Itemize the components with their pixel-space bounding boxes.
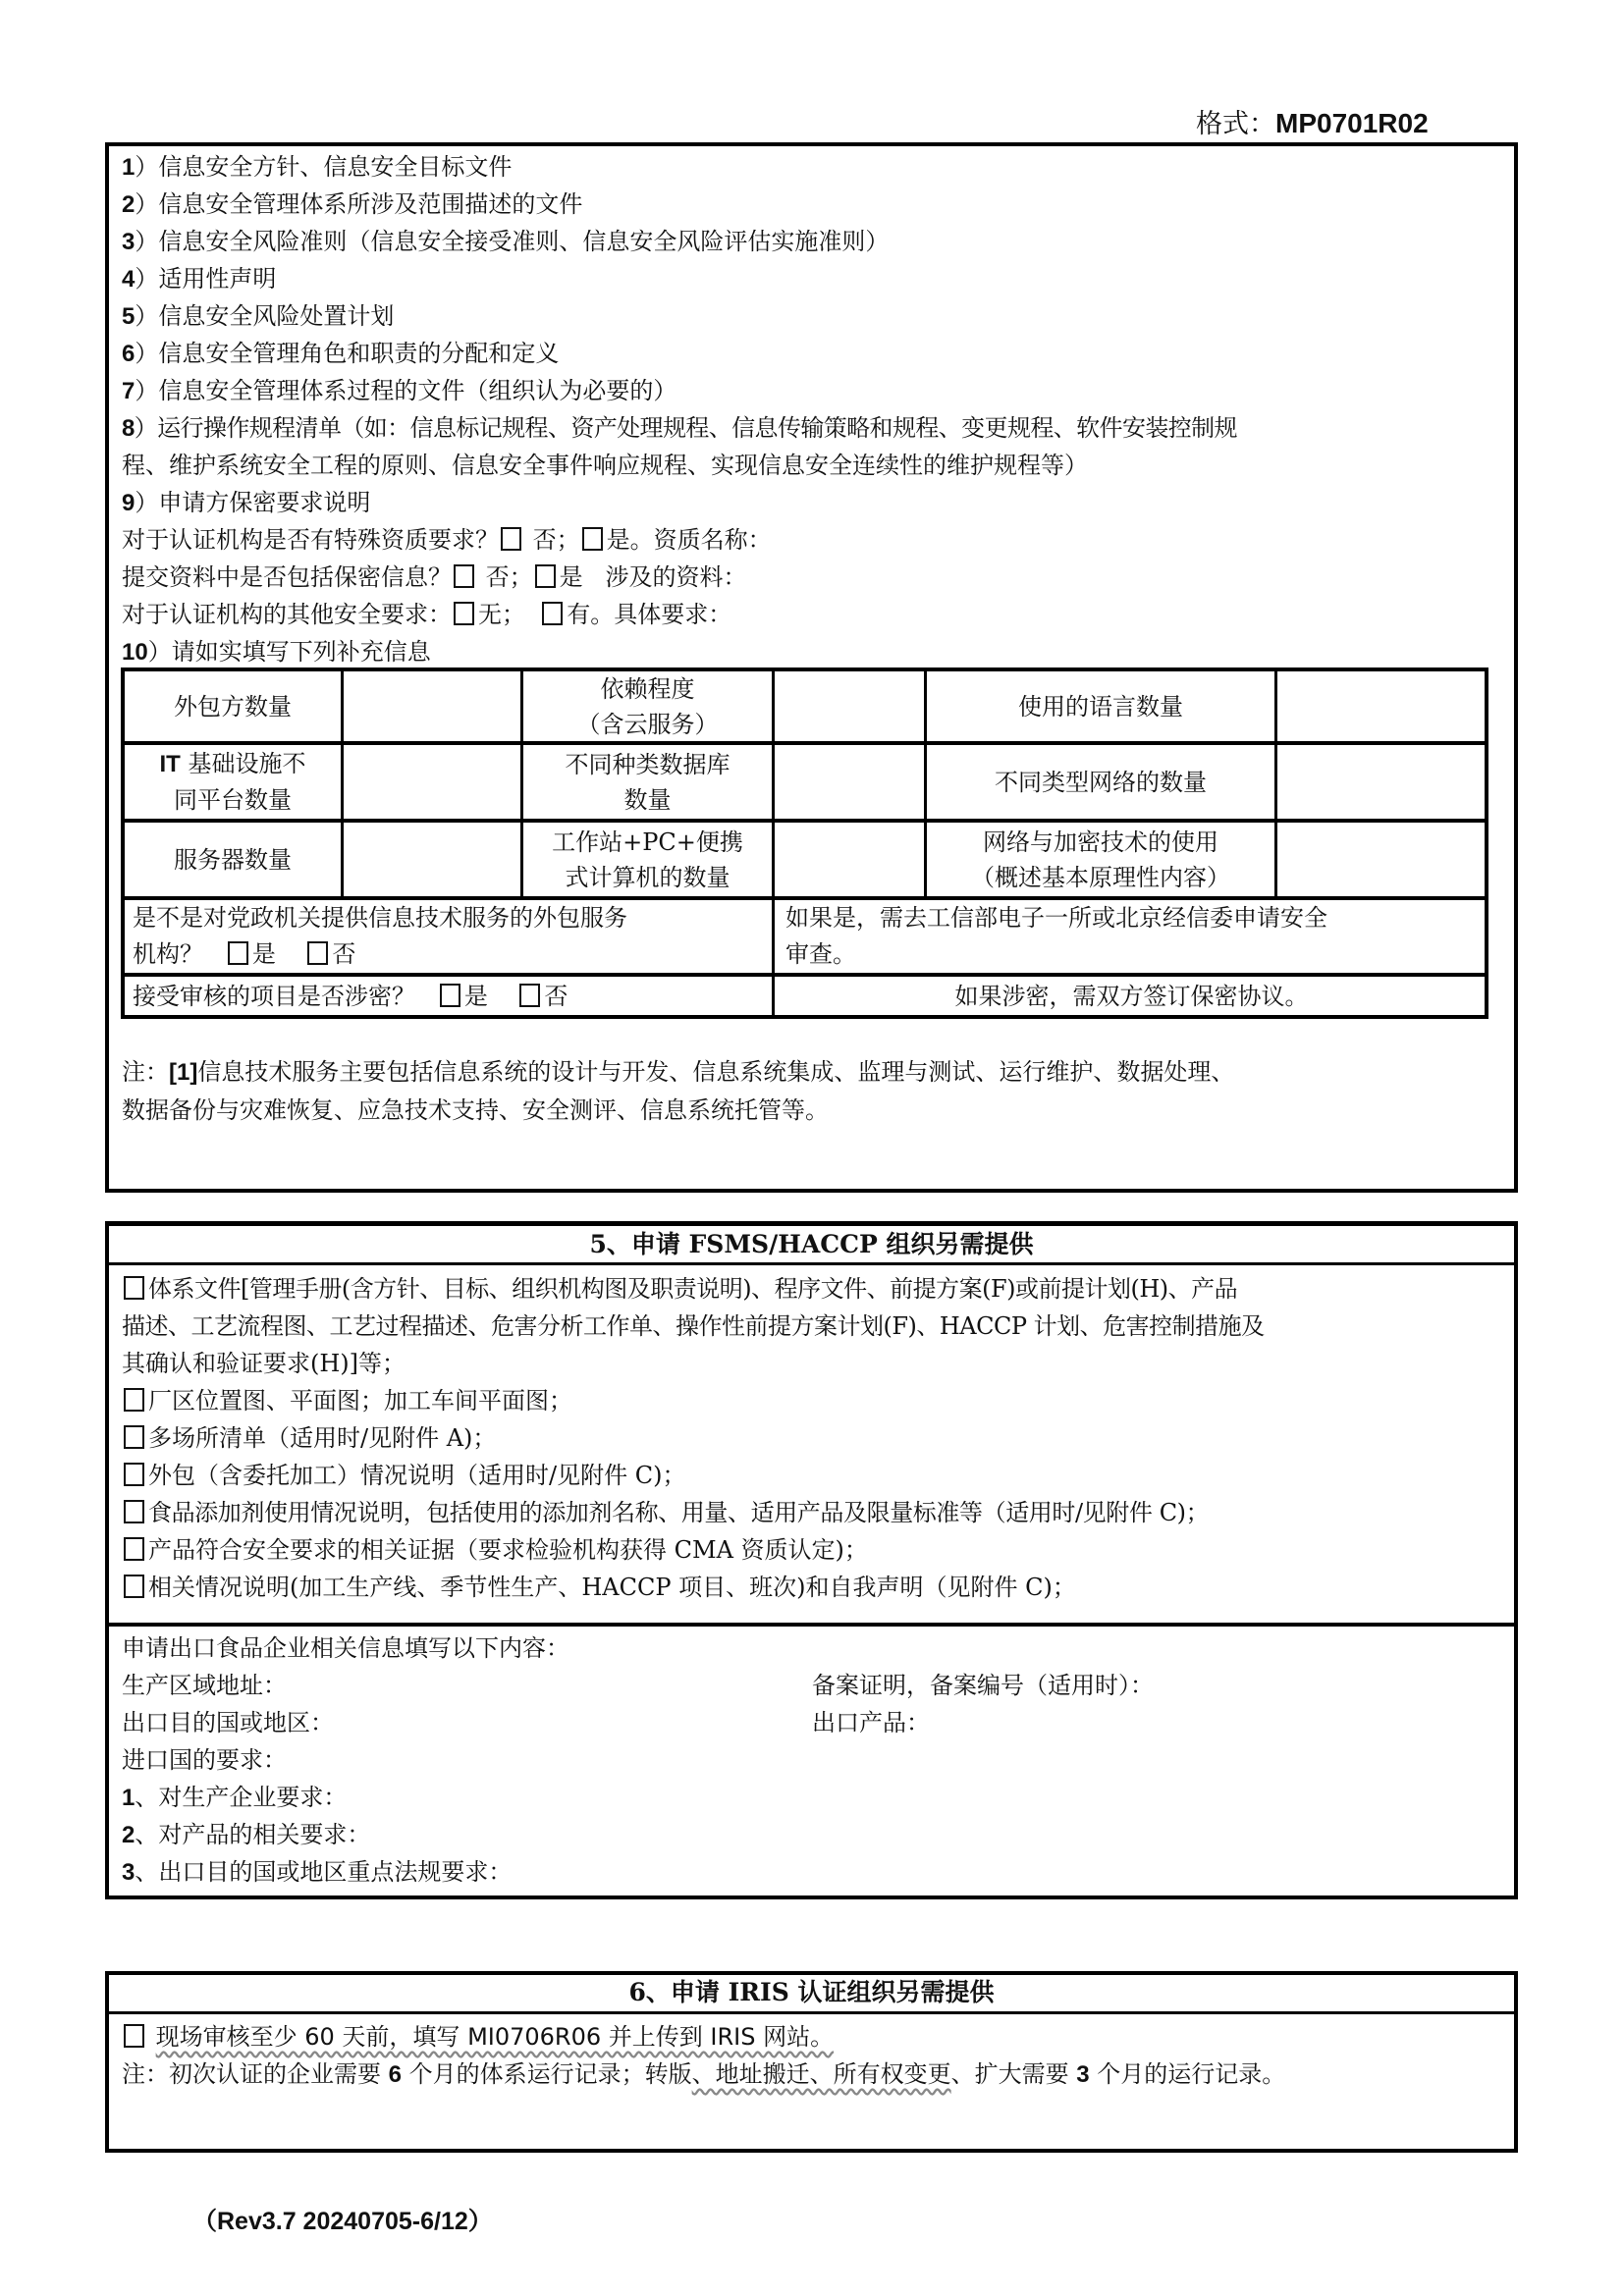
export-address-label: 生产区域地址： [122, 1667, 287, 1704]
list-item: 产品符合安全要求的相关证据（要求检验机构获得 CMA 资质认定)； [122, 1531, 868, 1569]
list-item: 外包（含委托加工）情况说明（适用时/见附件 C)； [122, 1457, 685, 1494]
list-item: 5）信息安全风险处置计划 [122, 297, 394, 336]
export-filing-label: 备案证明，备案编号（适用时）： [812, 1667, 1154, 1704]
list-item: 3）信息安全风险准则（信息安全接受准则、信息安全风险评估实施准则） [122, 223, 889, 261]
party-question: 是不是对党政机关提供信息技术服务的外包服务 机构？ 是 否 [133, 900, 771, 973]
requirement-item: 2、对产品的相关要求： [122, 1816, 370, 1854]
section6-title: 6、申请 IRIS 认证组织另需提供 [105, 1977, 1518, 2008]
table-label-encryption: 网络与加密技术的使用（概述基本原理性内容） [927, 823, 1274, 896]
secret-note: 如果涉密，需双方签订保密协议。 [775, 978, 1488, 1015]
col-divider [341, 667, 344, 898]
format-code: MP0701R02 [1275, 108, 1429, 138]
list-item-continued: 描述、工艺流程图、工艺过程描述、危害分析工作单、操作性前提方案计划(F)、HAC… [122, 1308, 1265, 1345]
table-label-languages: 使用的语言数量 [927, 671, 1274, 741]
list-item: 6）信息安全管理角色和职责的分配和定义 [122, 335, 559, 373]
checkbox-q3-has[interactable] [542, 602, 563, 625]
checkbox-q1-yes[interactable] [582, 527, 603, 551]
page-footer-revision: （Rev3.7 20240705-6/12） [192, 2202, 493, 2237]
list-item: 体系文件[管理手册(含方针、目标、组织机构图及职责说明)、程序文件、前提方案(F… [122, 1270, 1237, 1308]
list-item: 食品添加剂使用情况说明，包括使用的添加剂名称、用量、适用产品及限量标准等（适用时… [122, 1494, 1209, 1531]
export-destination-label: 出口目的国或地区： [122, 1704, 334, 1741]
checkbox-additives[interactable] [124, 1500, 144, 1523]
party-note: 如果是，需去工信部电子一所或北京经信委申请安全 审查。 [785, 900, 1473, 973]
checkbox-iris-upload[interactable] [124, 2024, 144, 2048]
checkbox-q3-none[interactable] [454, 602, 474, 625]
table-label-databases: 不同种类数据库数量 [523, 745, 772, 819]
list-item: 4）适用性声明 [122, 260, 276, 298]
checkbox-party-yes[interactable] [228, 941, 248, 965]
iris-note: 注：初次认证的企业需要 6 个月的体系运行记录；转版、地址搬迁、所有权变更、扩大… [122, 2056, 1285, 2094]
table-label-servers: 服务器数量 [125, 823, 341, 896]
section5-title: 5、申请 FSMS/HACCP 组织另需提供 [105, 1229, 1518, 1260]
list-item: 多场所清单（适用时/见附件 A)； [122, 1419, 496, 1457]
confidentiality-q1: 对于认证机构是否有特殊资质要求？ 否；是。资质名称： [122, 521, 772, 559]
checkbox-site-plans[interactable] [124, 1388, 144, 1412]
requirement-item: 3、出口目的国或地区重点法规要求： [122, 1853, 512, 1892]
it-service-note: 注：[1]信息技术服务主要包括信息系统的设计与开发、信息系统集成、监理与测试、运… [122, 1053, 1234, 1129]
iris-item: 现场审核至少 60 天前，填写 MI0706R06 并上传到 IRIS 网站。 [122, 2018, 834, 2056]
checkbox-q2-yes[interactable] [535, 564, 556, 588]
secret-question: 接受审核的项目是否涉密？ 是 否 [133, 978, 568, 1015]
table-input-it-platforms[interactable] [345, 745, 520, 819]
table-input-networks[interactable] [1277, 745, 1485, 819]
checkbox-secret-no[interactable] [519, 984, 540, 1007]
row-divider [121, 973, 1488, 977]
list-item: 厂区位置图、平面图；加工车间平面图； [122, 1382, 572, 1419]
checkbox-system-docs[interactable] [124, 1276, 144, 1300]
confidentiality-q3: 对于认证机构的其他安全要求：无； 有。具体要求： [122, 596, 731, 633]
checkbox-q1-no[interactable] [501, 527, 521, 551]
list-item: 相关情况说明(加工生产线、季节性生产、HACCP 项目、班次)和自我声明（见附件… [122, 1569, 1076, 1606]
table-input-languages[interactable] [1277, 671, 1485, 741]
section5-header-divider [105, 1262, 1518, 1265]
table-label-dependency: 依赖程度（含云服务） [523, 671, 772, 741]
table-input-encryption[interactable] [1277, 823, 1485, 896]
checkbox-safety-evidence[interactable] [124, 1537, 144, 1561]
checkbox-multi-site[interactable] [124, 1425, 144, 1449]
table-label-outsourcers: 外包方数量 [125, 671, 341, 741]
checkbox-self-declaration[interactable] [124, 1575, 144, 1598]
list-item-continued: 其确认和验证要求(H)]等； [122, 1345, 406, 1382]
format-prefix: 格式： [1196, 109, 1275, 139]
import-requirements-label: 进口国的要求： [122, 1741, 287, 1779]
requirement-item: 1、对生产企业要求： [122, 1779, 347, 1817]
export-intro: 申请出口食品企业相关信息填写以下内容： [122, 1629, 569, 1667]
table-label-workstations: 工作站+PC+便携式计算机的数量 [523, 823, 772, 896]
table-label-networks: 不同类型网络的数量 [927, 745, 1274, 819]
checkbox-outsourcing[interactable] [124, 1463, 144, 1486]
list-item: 2）信息安全管理体系所涉及范围描述的文件 [122, 186, 582, 224]
table-input-workstations[interactable] [775, 823, 924, 896]
table-input-outsourcers[interactable] [345, 671, 520, 741]
checkbox-q2-no[interactable] [454, 564, 474, 588]
format-label: 格式：MP0701R02 [1196, 102, 1429, 140]
list-item: 9）申请方保密要求说明 [122, 484, 370, 522]
list-item: 10）请如实填写下列补充信息 [122, 633, 431, 671]
table-input-dependency[interactable] [775, 671, 924, 741]
table-input-servers[interactable] [345, 823, 520, 896]
list-item: 7）信息安全管理体系过程的文件（组织认为必要的） [122, 372, 676, 410]
section5-export-divider [105, 1623, 1518, 1627]
confidentiality-q2: 提交资料中是否包括保密信息？ 否；是 涉及的资料： [122, 559, 747, 596]
list-item: 8）运行操作规程清单（如：信息标记规程、资产处理规程、信息传输策略和规程、变更规… [122, 409, 1237, 448]
export-product-label: 出口产品： [812, 1704, 930, 1741]
checkbox-secret-yes[interactable] [440, 984, 460, 1007]
table-label-it-platforms: IT 基础设施不同平台数量 [125, 745, 341, 819]
table-input-databases[interactable] [775, 745, 924, 819]
list-item-continued: 程、维护系统安全工程的原则、信息安全事件响应规程、实现信息安全连续性的维护规程等… [122, 447, 1088, 484]
section6-header-divider [105, 2011, 1518, 2014]
checkbox-party-no[interactable] [307, 941, 328, 965]
list-item: 1）信息安全方针、信息安全目标文件 [122, 148, 512, 187]
